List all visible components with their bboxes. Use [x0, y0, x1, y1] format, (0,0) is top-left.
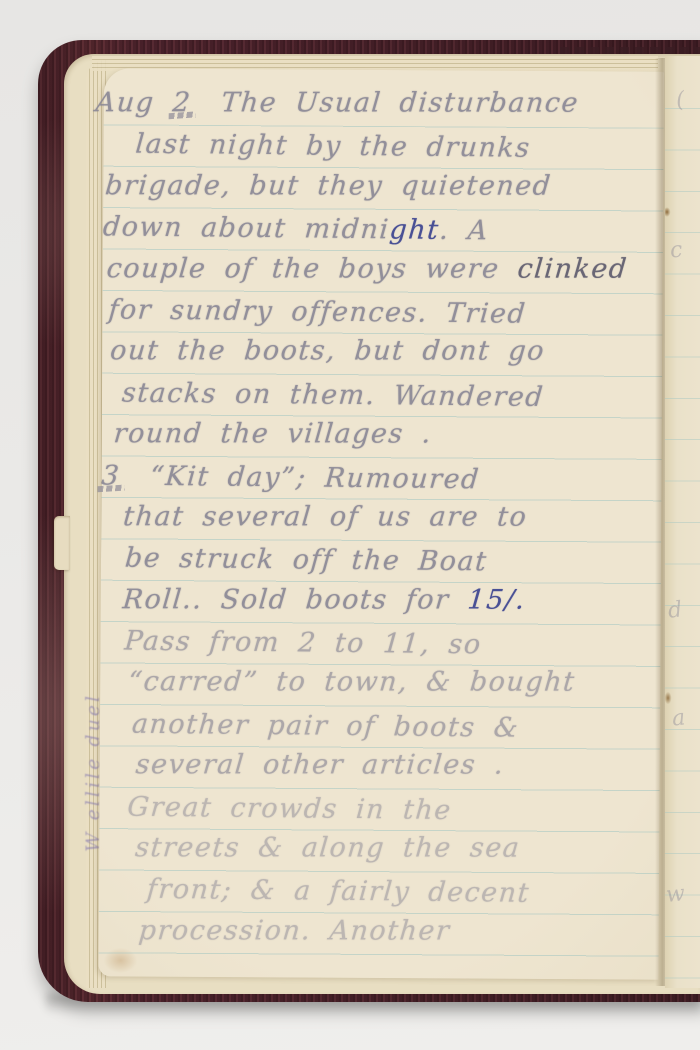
edge-writing-fragment: w: [665, 881, 686, 908]
handwriting-segment: clinked: [516, 253, 629, 284]
facing-page-sliver: [665, 56, 700, 988]
handwriting-line: “carred” to town, & bought: [90, 662, 666, 704]
handwriting-segment: Great crowds in the: [126, 791, 453, 825]
handwriting-line: be struck off the Boat: [91, 538, 666, 585]
handwriting-segment: out the boots, but dont go: [109, 336, 547, 367]
handwriting-segment: for sundry offences. Tried: [107, 294, 527, 329]
handwriting-segment: round the villages .: [112, 418, 433, 449]
handwriting-block: Aug 2The Usual disturbancelast night by …: [91, 82, 668, 955]
handwriting-segment: Pass from 2 to 11, so: [123, 626, 483, 661]
handwriting-line: streets & along the sea: [89, 827, 665, 869]
under-page-tab: [54, 516, 70, 570]
handwriting-line: down about midnight. A: [93, 206, 668, 253]
handwriting-line: brigade, but they quietened: [93, 165, 669, 207]
handwriting-segment: couple of the boys were: [105, 253, 519, 284]
handwriting-line: stacks on them. Wandered: [92, 372, 667, 419]
handwriting-segment: The Usual disturbance: [220, 87, 580, 118]
handwriting-segment: last night by the drunks: [134, 129, 532, 164]
handwriting-segment: several other articles .: [134, 750, 505, 781]
handwriting-line: Aug 2The Usual disturbance: [94, 82, 670, 124]
handwriting-line: Great crowds in the: [90, 786, 665, 833]
handwriting-line: round the villages .: [92, 413, 668, 455]
handwriting-segment: front; & a fairly decent: [146, 874, 531, 909]
handwriting-line: couple of the boys were clinked: [93, 248, 669, 290]
handwriting-line: several other articles .: [90, 744, 666, 786]
edge-writing-fragment: d: [667, 597, 684, 623]
handwriting-line: 3“Kit day”; Rumoured: [92, 455, 667, 502]
handwriting-segment: 3: [100, 460, 121, 491]
handwriting-line: out the boots, but dont go: [92, 331, 668, 373]
diary-page: Aug 2The Usual disturbancelast night by …: [98, 68, 664, 979]
handwriting-line: that several of us are to: [91, 496, 667, 538]
handwriting-segment: be struck off the Boat: [124, 543, 489, 578]
handwriting-segment: Aug: [94, 87, 174, 118]
handwriting-segment: Roll.. Sold boots for: [121, 584, 469, 615]
edge-writing-fragment: a: [671, 705, 687, 731]
handwriting-line: procession. Another: [89, 910, 665, 952]
handwriting-segment: 15/.: [466, 584, 527, 615]
diary-book: W ellile duel Aug 2The Usual disturbance…: [0, 0, 700, 1050]
handwriting-segment: down about midni: [102, 212, 391, 246]
handwriting-line: Roll.. Sold boots for 15/.: [91, 579, 667, 621]
handwriting-line: front; & a fairly decent: [89, 869, 664, 916]
handwriting-line: last night by the drunks: [94, 124, 669, 171]
handwriting-segment: stacks on them. Wandered: [121, 377, 546, 412]
photo-scene: W ellile duel Aug 2The Usual disturbance…: [0, 0, 700, 1050]
handwriting-segment: procession. Another: [137, 915, 451, 946]
handwriting-segment: streets & along the sea: [134, 832, 522, 863]
handwriting-segment: another pair of boots &: [131, 709, 521, 744]
handwriting-segment: that several of us are to: [122, 501, 529, 532]
handwriting-segment: ght: [388, 215, 441, 247]
edge-writing-fragment: c: [669, 237, 684, 263]
handwriting-segment: . A: [438, 215, 490, 246]
handwriting-segment: brigade, but they quietened: [104, 170, 553, 201]
handwriting-segment: “Kit day”; Rumoured: [149, 460, 481, 494]
handwriting-segment: “carred” to town, & bought: [127, 667, 577, 698]
handwriting-segment: 2: [171, 87, 192, 118]
